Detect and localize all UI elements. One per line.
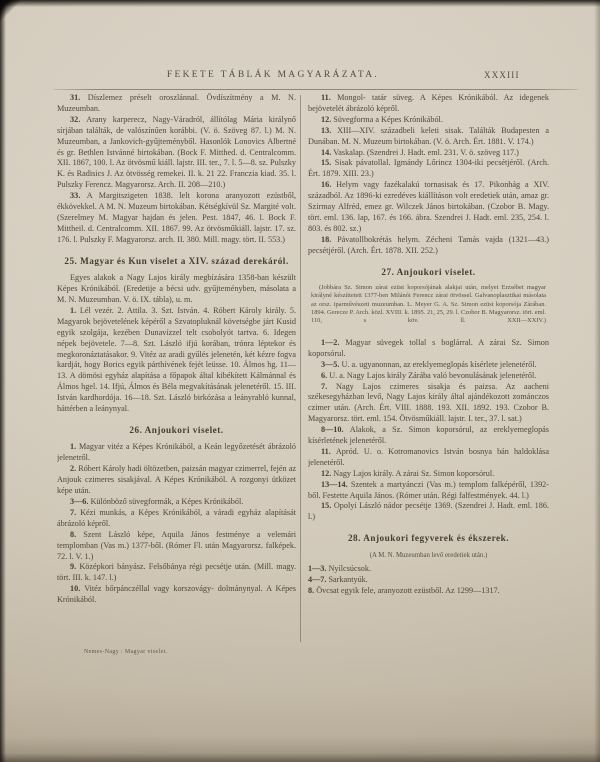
catalog-entry: 1—2. Magyar süvegek tollal s boglárral. … [308,338,549,360]
entry-number: 1. [70,306,80,315]
catalog-entry: 7. Nagy Lajos czimeres sisakja és paizsa… [308,382,549,426]
entry-number: 15. [321,158,335,167]
entry-number: 3—5. [321,360,341,369]
catalog-entry: 12. Süvegforma a Képes Krónikából. [308,115,549,126]
entry-number: 15. [321,501,334,510]
entry-number: 10. [70,584,84,593]
running-title: FEKETE TÁBLÁK MAGYARÁZATA. [57,70,489,80]
header-rule [54,89,578,90]
catalog-entry: 8. Övcsat egyik fele, aranyozott ezüstbő… [308,586,549,597]
catalog-entry: 13. XIII—XIV. századbeli keleti sisak. T… [308,126,549,148]
page-number: XXXIII [484,70,520,80]
catalog-entry: 15. Opolyi László nádor pecsétje 1369. (… [308,501,549,523]
catalog-entry: 8. Szent László képe, Aquila János festm… [57,530,296,563]
catalog-entry: 1. Magyar vitéz a Képes Krónikából, a Ke… [57,442,296,464]
entry-number: 14. [321,148,333,157]
catalog-entry: 4—7. Sarkantyúk. [308,575,549,586]
entry-number: 13. [321,126,337,135]
entry-number: 11. [321,93,337,102]
entry-number: 1. [70,442,79,451]
column-divider [300,95,301,642]
catalog-entry: 11. Mongol- tatár süveg. A Képes Króniká… [308,93,549,115]
catalog-entry: 32. Arany karperecz, Nagy-Váradról, állí… [57,115,296,191]
section-heading: 27. Anjoukori viselet. [314,267,543,279]
entry-number: 4—7. [308,575,328,584]
catalog-entry: 2. Róbert Károly hadi öltözetben, paizsá… [57,464,296,497]
catalog-entry: 3—6. Különböző süvegformák, a Képes Krón… [57,497,296,508]
catalog-entry: 6. U. a. Nagy Lajos király Zárába való b… [308,371,549,382]
entry-number: 2. [70,464,78,473]
printer-signature: Nemes-Nagy : Magyar viselet. [84,649,168,655]
catalog-entry: 7. Kézi munkás, a Képes Krónikából, a vá… [57,508,296,530]
entry-number: 8. [308,586,316,595]
left-column: 31. Díszlemez préselt oroszlánnal. Övdís… [57,93,296,645]
catalog-entry: 18. Pávatollbokrétás helym. Zécheni Tamá… [308,235,549,257]
catalog-entry: 13—14. Szentek a martyánczi (Vas m.) tem… [308,480,549,502]
catalog-entry: 11. Apród. U. o. Kotromanovics István bo… [308,447,549,469]
section-heading: 25. Magyar és Kun viselet a XIV. század … [63,256,290,268]
entry-number: 32. [70,115,86,124]
catalog-entry: 15. Sisak pávatollal. Igmándy Lőrincz 13… [308,158,549,180]
entry-number: 1—2. [321,338,345,347]
entry-number: 3—6. [70,497,90,506]
catalog-entry: 8—10. Alakok, a Sz. Simon koporsórul, az… [308,425,549,447]
scanned-page-photo: FEKETE TÁBLÁK MAGYARÁZATA. XXXIII 31. Dí… [0,0,600,762]
catalog-entry: 1. Lél vezér. 2. Attila. 3. Szt. István.… [57,306,296,415]
book-page: FEKETE TÁBLÁK MAGYARÁZATA. XXXIII 31. Dí… [0,0,600,762]
entry-number: 7. [321,382,336,391]
catalog-entry: Egyes alakok a Nagy Lajos király megbízá… [57,273,296,306]
entry-number: 13—14. [321,480,351,489]
section-heading: 28. Anjoukori fegyverek és ékszerek. [314,533,543,545]
catalog-entry: 1—3. Nyílcsúcsok. [308,564,549,575]
catalog-entry: 14. Vaskalap. (Szendrei J. Hadt. eml. 23… [308,148,549,159]
entry-number: 9. [70,562,79,571]
catalog-entry: 10. Vitéz bőrpánczéllal vagy korszovágy-… [57,584,296,606]
catalog-entry: 3—5. U. a. ugyanonnan, az ereklyemeglopá… [308,360,549,371]
entry-number: 31. [70,93,88,102]
catalog-entry: 31. Díszlemez préselt oroszlánnal. Övdís… [57,93,296,115]
catalog-entry: 33. A Margitszigeten 1838. lelt korona a… [57,191,296,246]
catalog-entry: 9. Középkori bányász. Felsőbánya régi pe… [57,562,296,584]
entry-number: 8. [70,530,83,539]
entry-number: 7. [70,508,80,517]
entry-number: 18. [321,235,337,244]
entry-number: 6. [321,371,329,380]
entry-number: 1—3. [308,564,328,573]
entry-number: 16. [321,180,336,189]
catalog-entry: 12. Nagy Lajos király. A zárai Sz. Simon… [308,469,549,480]
catalog-entry: 16. Helym vagy fazékalakú tornasisak és … [308,180,549,235]
right-column: 11. Mongol- tatár süveg. A Képes Króniká… [308,93,549,643]
subnote: (A M. N. Muzeumban levő eredetiek után.) [308,551,549,560]
entry-number: 33. [70,191,87,200]
entry-number: 12. [321,469,333,478]
entry-number: 11. [321,447,336,456]
smallnote: (Jobbára Sz. Simon zárai ezüst koporsójá… [311,284,546,334]
entry-number: 12. [321,115,333,124]
section-heading: 26. Anjoukori viselet. [63,425,290,437]
entry-number: 8—10. [321,425,350,434]
